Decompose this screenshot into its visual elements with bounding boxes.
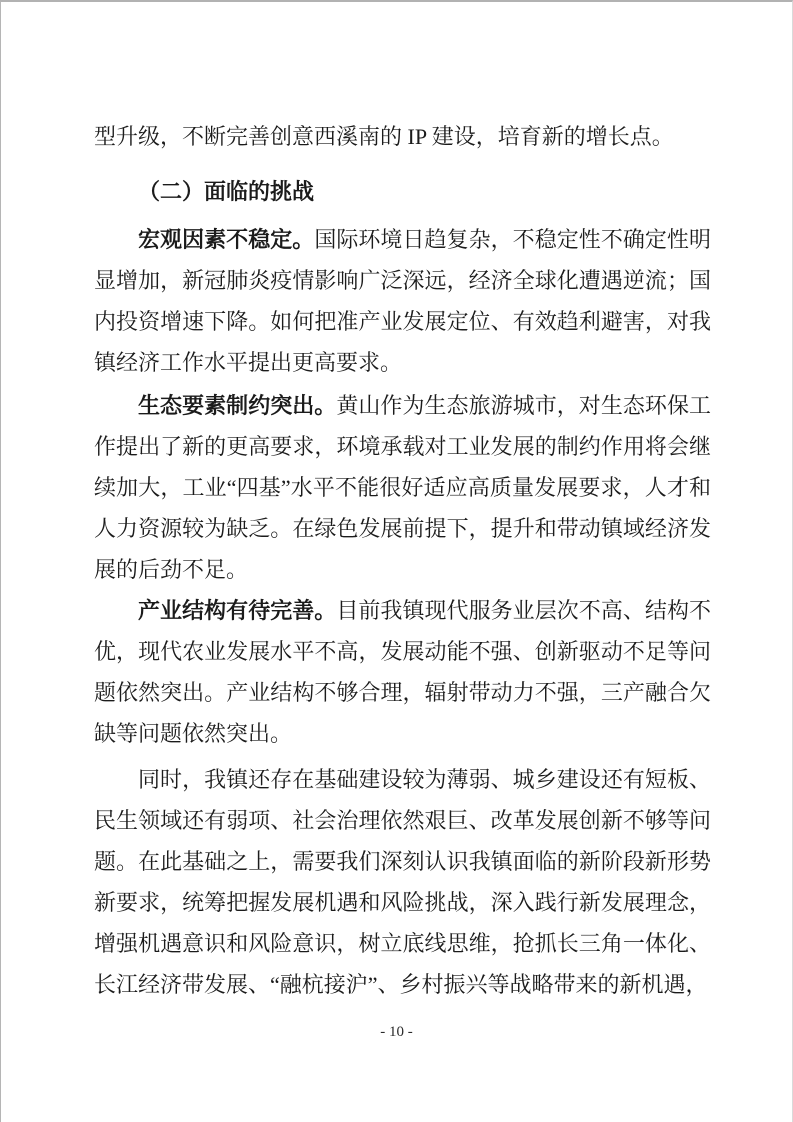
paragraph: 宏观因素不稳定。国际环境日趋复杂，不稳定性不确定性明显增加，新冠肺炎疫情影响广泛… bbox=[94, 219, 711, 383]
paragraph-lead: 产业结构有待完善。 bbox=[138, 598, 336, 623]
paragraph: 型升级，不断完善创意西溪南的 IP 建设，培育新的增长点。 bbox=[94, 116, 711, 157]
paragraph: 产业结构有待完善。目前我镇现代服务业层次不高、结构不优，现代农业发展水平不高，发… bbox=[94, 590, 711, 754]
section-heading: （二）面临的挑战 bbox=[94, 171, 711, 212]
paragraph-lead: 生态要素制约突出。 bbox=[138, 393, 336, 418]
paragraph: 同时，我镇还存在基础建设较为薄弱、城乡建设还有短板、民生领域还有弱项、社会治理依… bbox=[94, 759, 711, 1005]
paragraph-lead: 宏观因素不稳定。 bbox=[138, 227, 314, 252]
paragraph-text: 型升级，不断完善创意西溪南的 IP 建设，培育新的增长点。 bbox=[94, 124, 674, 149]
paragraph: 生态要素制约突出。黄山作为生态旅游城市，对生态环保工作提出了新的更高要求，环境承… bbox=[94, 385, 711, 590]
section-heading-text: （二）面临的挑战 bbox=[138, 179, 314, 204]
paragraph-text: 黄山作为生态旅游城市，对生态环保工作提出了新的更高要求，环境承载对工业发展的制约… bbox=[94, 393, 711, 582]
document-body: 型升级，不断完善创意西溪南的 IP 建设，培育新的增长点。 （二）面临的挑战 宏… bbox=[94, 116, 711, 1005]
page-number: - 10 - bbox=[1, 1018, 792, 1046]
paragraph-text: 同时，我镇还存在基础建设较为薄弱、城乡建设还有短板、民生领域还有弱项、社会治理依… bbox=[94, 767, 711, 997]
document-page: 型升级，不断完善创意西溪南的 IP 建设，培育新的增长点。 （二）面临的挑战 宏… bbox=[0, 0, 793, 1122]
